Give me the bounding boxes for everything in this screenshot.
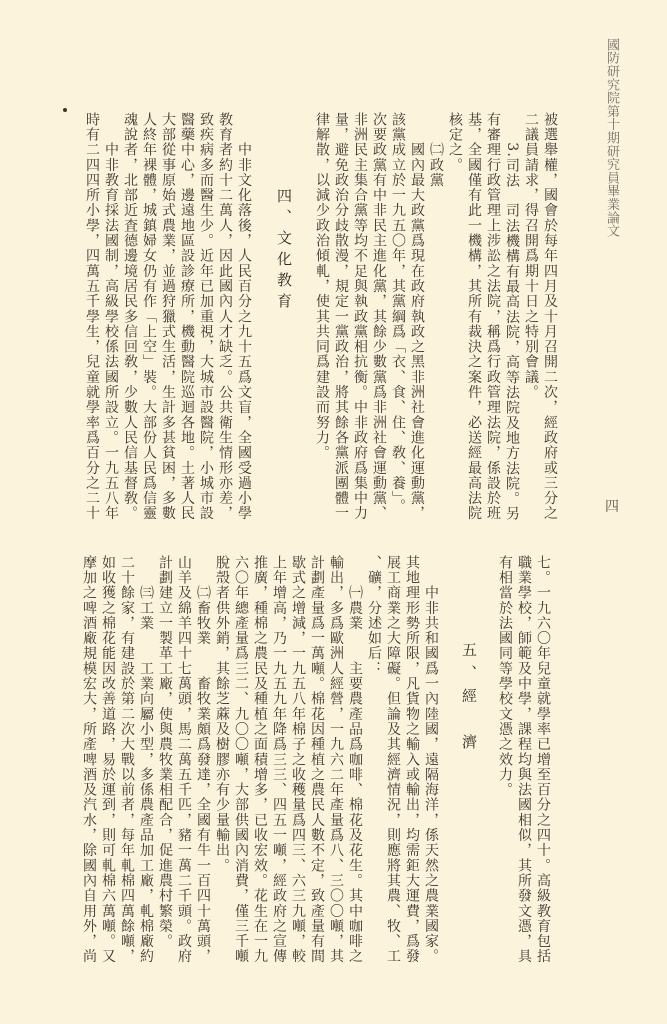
page-number: 四	[605, 496, 619, 516]
subsection-industry: ㈢工業 工業向屬小型，多係農產品加工廠，軋棉廠約	[136, 555, 155, 964]
text-column: 非洲民主集合黨等均不足與執政黨相抗衡。中非政府爲集中力	[350, 112, 369, 521]
text-column: 輸出，多爲歐洲人經營，一九六二年產量爲八、三〇〇噸，其	[326, 555, 345, 964]
text-column: 計劃建立一製革工廠，使與農牧業相配合，促進農村繁榮。	[155, 555, 174, 949]
text-column: 基，全國僅有此一機構，其所有裁決之案件，必送經最高法院	[464, 112, 483, 521]
text-column: 有審理行政管理上涉訟之法院，稱爲行政管理法院，係設於班	[483, 112, 502, 521]
text-column: 中非共和國爲一內陸國，遠隔海洋，係天然之農業國家。	[421, 555, 440, 964]
text-column: 該黨成立於一九五〇年，其黨綱爲「衣、食、住、敎、養」。	[388, 112, 407, 514]
text-column: 六〇年總產量爲三二、九〇〇噸，大部供國內消費，僅三千噸	[231, 555, 250, 964]
text-column: 律解散，以減少政治傾軋，使其共同爲建設而努力。	[312, 112, 331, 460]
text-column: 時有二四四所小學，四萬五千學生，兒童就學率爲百分之二十	[82, 112, 101, 521]
text-column: 摩加之啤酒廠規模宏大，所產啤酒及汽水，除國內自用外，尚	[79, 555, 98, 964]
lower-text-block: 七。一九六〇年兒童就學率已增至百分之四十。高級教育包括 職業學校，師範及中學，課…	[79, 555, 552, 964]
text-column: 3.司法 司法機構有最高法院，高等法院及地方法院。另	[502, 112, 521, 522]
margin-dot-mark	[63, 108, 67, 112]
text-column: 推廣，種棉之農民及種植之面積增多，已收宏效。花生在一九	[250, 555, 269, 964]
text-column: 上年增高，乃一九五九年降爲三三、四五一噸，經政府之宣傳	[269, 555, 288, 964]
text-column: 次要政黨有中非民主進化黨，其餘少數黨爲非洲社會運動黨、	[369, 112, 388, 521]
text-column: 二議員請求，得召開爲期十日之特別會議。	[521, 112, 540, 400]
text-column: 致疾病多而醫生少。近年已加重視，大城市設醫院，小城市設	[196, 112, 215, 521]
text-column: 被選舉權，國會於每年四月及十月召開二次，經政府或三分之	[540, 112, 559, 521]
running-header: 國防研究院第十期研究員畢業論文	[603, 38, 619, 238]
text-column: 計劃產量爲一萬噸。棉花因種植之農民人數不定，致產量有間	[307, 555, 326, 964]
text-column: 七。一九六〇年兒童就學率已增至百分之四十。高級教育包括	[533, 555, 552, 964]
text-column: 、礦，分述如后：	[364, 555, 383, 676]
subsection-livestock: ㈡畜牧業 畜牧業頗爲發達，全國有牛一百四十萬頭，	[193, 555, 212, 964]
text-column: 其地理形勢所限，凡貨物之輸入或輸出，均需鉅大運費，爲發	[402, 555, 421, 964]
subsection-agriculture: ㈠農業 主要農產品爲咖啡、棉花及花生。其中咖啡之	[345, 555, 364, 964]
subsection-heading: ㈡政黨	[426, 112, 445, 188]
section-heading-economy: 五、經 濟	[459, 555, 478, 757]
upper-text-block: 被選舉權，國會於每年四月及十月召開二次，經政府或三分之 二議員請求，得召開爲期十…	[82, 112, 559, 522]
text-column: 歇式之增減，一九五八年棉子之收穫量爲四三、六三九噸，較	[288, 555, 307, 964]
text-column: 量，避免政治分歧散漫，規定一黨政治，將其餘各黨派團體一	[331, 112, 350, 521]
text-column: 核定之。	[445, 112, 464, 173]
text-column: 二十餘家，有建設於第二次大戰以前者，每年軋棉四萬餘噸，	[117, 555, 136, 964]
text-column: 魂說者，北部近査德邊境居民多信回敎，少數人民信基督敎。	[120, 112, 139, 521]
text-column: 職業學校，師範及中學，課程均與法國相似，其所發文憑，具	[514, 555, 533, 964]
text-column: 國內最大政黨爲現在政府執政之黑非洲社會進化運動黨，	[407, 112, 426, 521]
text-column: 脫殼者供外銷，其餘芝蔴及樹膠亦有少量輸出。	[212, 555, 231, 873]
text-column: 教育者約十二萬人，因此國內人才缺乏。公共衛生情形亦差，	[215, 112, 234, 521]
document-page: 國防研究院第十期研究員畢業論文 四 被選舉權，國會於每年四月及十月召開二次，經政…	[0, 0, 667, 1024]
text-column: 人終年裸體，城鎮婦女仍有作「上空」裝。大部份人民爲信靈	[139, 112, 158, 521]
text-column: 中非教育採法國制，高級學校係法國所設立。一九五八年	[101, 112, 120, 521]
text-column: 醫藥中心，邊遠地區設診療所，機動醫院巡迴各地。土著人民	[177, 112, 196, 521]
text-column: 有相當於法國同等學校文憑之效力。	[495, 555, 514, 797]
text-column: 大部從事原始式農業，並過狩獵式生活，生計多甚貧困，多數	[158, 112, 177, 521]
text-column: 如收獲之棉花能因改善道路，易於運到，則可軋棉六萬噸。又	[98, 555, 117, 964]
text-column: 山羊及綿羊四十七萬頭，馬二萬五千匹，豬一萬二千頭。政府	[174, 555, 193, 964]
text-column: 展工商業之大障礙。但論及其經濟情況，則應將其農、牧、工	[383, 555, 402, 964]
section-heading-culture-education: 四、文化教育	[274, 112, 293, 314]
text-column: 中非文化落後，人民百分之九十五爲文盲，全國受過小學	[234, 112, 253, 521]
